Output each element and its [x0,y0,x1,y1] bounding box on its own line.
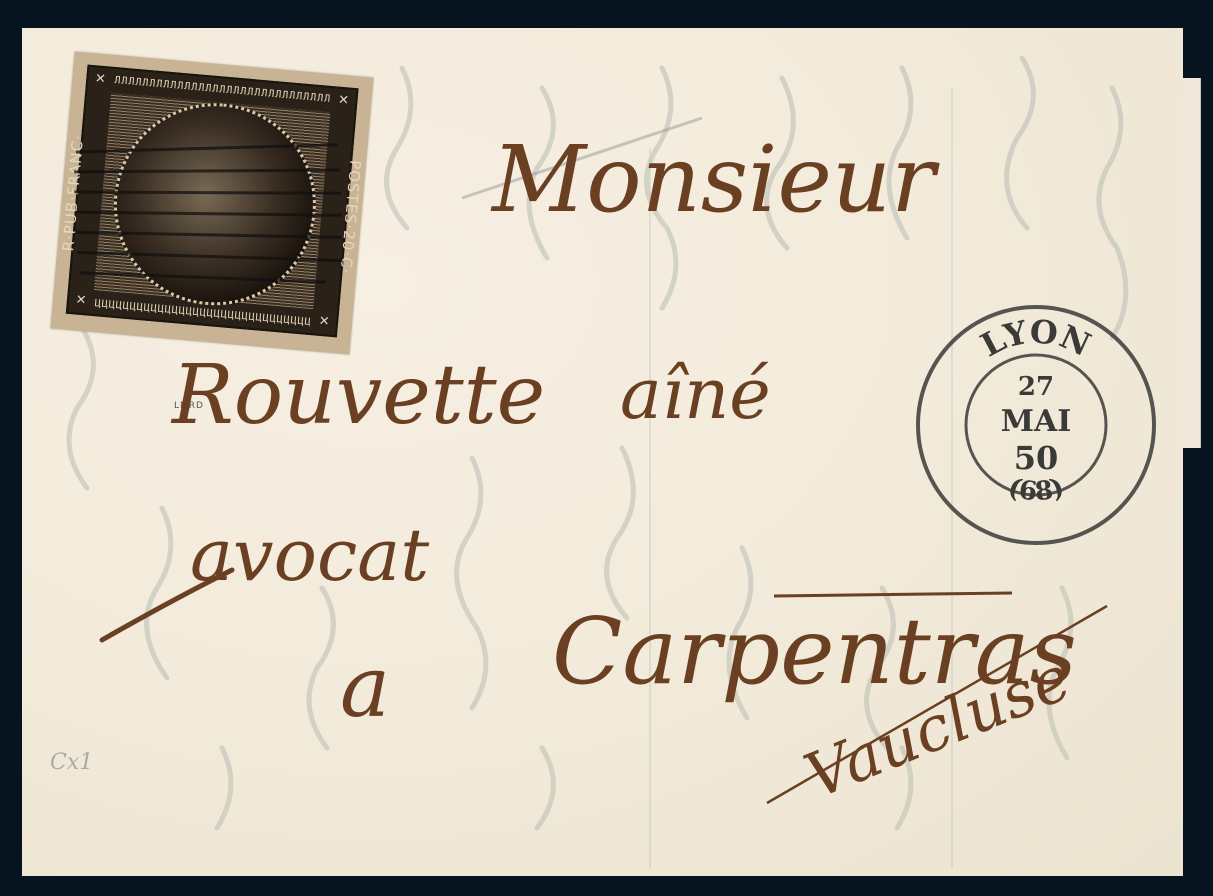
address-line-avocat: avocat [190,513,429,597]
postmark-bottom: (68) [1004,472,1068,507]
date-postmark: LYON (68) 27 MAI 50 [914,303,1158,547]
address-line-a: a [340,638,390,736]
postmark-month: MAI [1001,404,1072,439]
address-line-name: Rouvette [172,348,545,443]
address-line-aine: aîné [620,353,771,435]
postmark-year: 50 [1014,439,1059,477]
address-line-monsieur: Monsieur [492,126,935,233]
ceres-20c-stamp: ЛЛЛЛЛЛЛЛЛЛЛЛЛЛЛЛЛЛЛЛЛЛЛЛЛЛЛЛЛЛЛЛ ЦЦЦЦЦЦЦ… [50,51,373,354]
pencil-note: Cx1 [50,750,93,775]
grill-cancellation [50,51,373,354]
postmark-day: 27 [1018,372,1054,402]
postmark-town: LYON [974,312,1096,364]
